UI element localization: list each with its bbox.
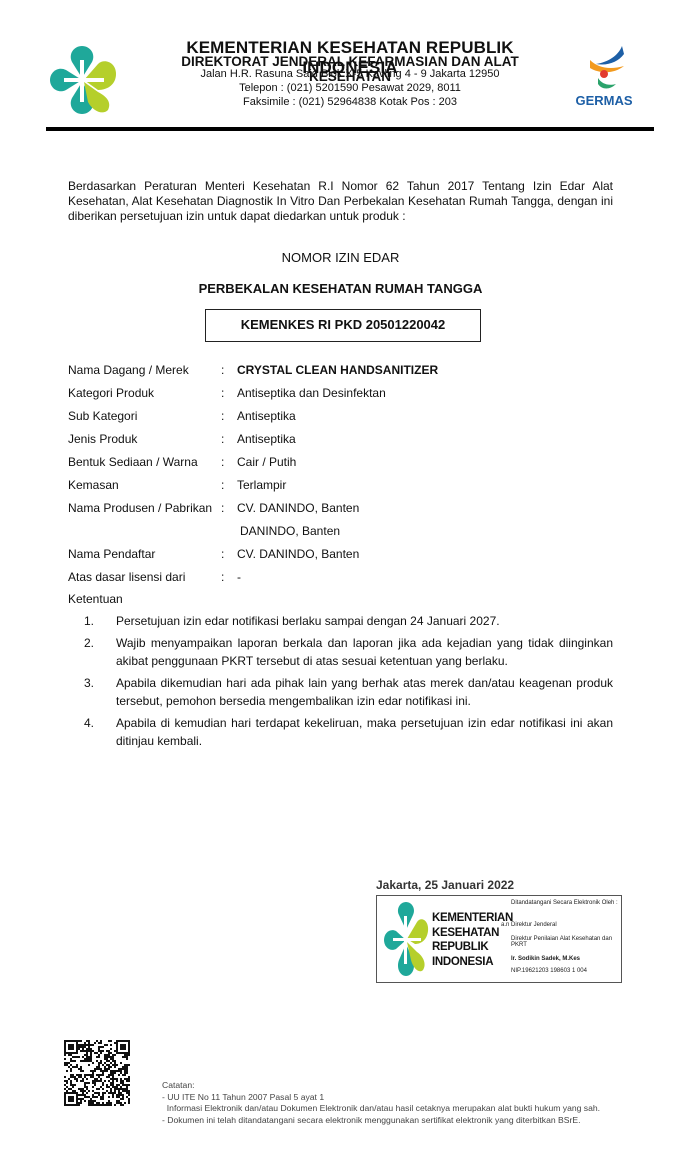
fax: Faksimile : (021) 52964838 Kotak Pos : 2… [140,96,560,108]
field-colon: : [221,547,224,561]
term-text: Wajib menyampaikan laporan berkala dan l… [116,634,613,670]
place-date: Jakarta, 25 Januari 2022 [376,878,514,892]
field-value: CV. DANINDO, Banten [237,501,359,515]
field-label: Kemasan [68,478,119,492]
field-colon: : [221,363,224,377]
an-label: a.n [501,922,509,928]
field-colon: : [221,409,224,423]
term-item: 2.Wajib menyampaikan laporan berkala dan… [84,634,613,670]
term-text: Apabila dikemudian hari ada pihak lain y… [116,674,613,710]
field-label: Jenis Produk [68,432,137,446]
field-label: Kategori Produk [68,386,154,400]
field-value: - [237,570,241,584]
org-line: REPUBLIK [432,940,513,955]
address: Jalan H.R. Rasuna Said Blok X-5 Kavling … [140,68,560,80]
notes-title: Catatan: [162,1080,600,1092]
field-label: Bentuk Sediaan / Warna [68,455,198,469]
germas-logo: GERMAS [568,44,640,112]
notes-line-1: - UU ITE No 11 Tahun 2007 Pasal 5 ayat 1 [162,1092,600,1104]
header-divider [46,127,654,131]
field-value: Cair / Putih [237,455,296,469]
field-colon: : [221,570,224,584]
term-text: Persetujuan izin edar notifikasi berlaku… [116,612,613,630]
field-value: CRYSTAL CLEAN HANDSANITIZER [237,363,438,377]
signer-nip: NIP.19621203 198603 1 004 [511,968,587,974]
signature-org: KEMENTERIANKESEHATANREPUBLIKINDONESIA [432,911,513,969]
germas-label: GERMAS [568,93,640,108]
position-1: Direktur Jenderal [511,922,557,928]
field-colon: : [221,432,224,446]
registration-number: KEMENKES RI PKD 20501220042 [205,309,481,342]
signed-by: Ditandatangani Secara Elektronik Oleh : [511,900,618,906]
notes-line-3: - Dokumen ini telah ditandatangani secar… [162,1115,600,1127]
intro-paragraph: Berdasarkan Peraturan Menteri Kesehatan … [68,179,613,224]
field-colon: : [221,386,224,400]
term-number: 1. [84,612,116,630]
field-label: Sub Kategori [68,409,137,423]
term-item: 4.Apabila di kemudian hari terdapat keke… [84,714,613,750]
term-text: Apabila di kemudian hari terdapat kekeli… [116,714,613,750]
term-number: 2. [84,634,116,670]
notes-line-2: Informasi Elektronik dan/atau Dokumen El… [162,1103,600,1115]
signature-box: KEMENTERIANKESEHATANREPUBLIKINDONESIA Di… [376,895,622,983]
ketentuan-label: Ketentuan [68,592,123,606]
field-label: Nama Pendaftar [68,547,155,561]
qr-code-icon [64,1040,130,1106]
nie-label: NOMOR IZIN EDAR [68,250,613,265]
field-label: Atas dasar lisensi dari [68,570,185,584]
term-number: 4. [84,714,116,750]
term-number: 3. [84,674,116,710]
org-line: INDONESIA [432,955,513,970]
term-item: 3.Apabila dikemudian hari ada pihak lain… [84,674,613,710]
term-item: 1.Persetujuan izin edar notifikasi berla… [84,612,613,630]
field-colon: : [221,478,224,492]
category-heading: PERBEKALAN KESEHATAN RUMAH TANGGA [68,281,613,296]
notes: Catatan: - UU ITE No 11 Tahun 2007 Pasal… [162,1080,600,1126]
field-label: Nama Dagang / Merek [68,363,189,377]
phone: Telepon : (021) 5201590 Pesawat 2029, 80… [140,82,560,94]
position-2: Direktur Penilaian Alat Kesehatan dan PK… [511,936,621,948]
field-value: Antiseptika [237,432,296,446]
signer-name: Ir. Sodikin Sadek, M.Kes [511,956,580,962]
field-value: Terlampir [237,478,286,492]
terms-list: 1.Persetujuan izin edar notifikasi berla… [84,612,613,754]
field-value: Antiseptika dan Desinfektan [237,386,386,400]
field-label: Nama Produsen / Pabrikan [68,501,212,515]
kemenkes-logo-icon [46,42,118,118]
field-value: Antiseptika [237,409,296,423]
field-value-continued: DANINDO, Banten [240,524,340,538]
germas-figure-icon [568,44,640,92]
kemenkes-seal-icon [383,900,429,978]
field-value: CV. DANINDO, Banten [237,547,359,561]
field-colon: : [221,501,224,515]
field-colon: : [221,455,224,469]
